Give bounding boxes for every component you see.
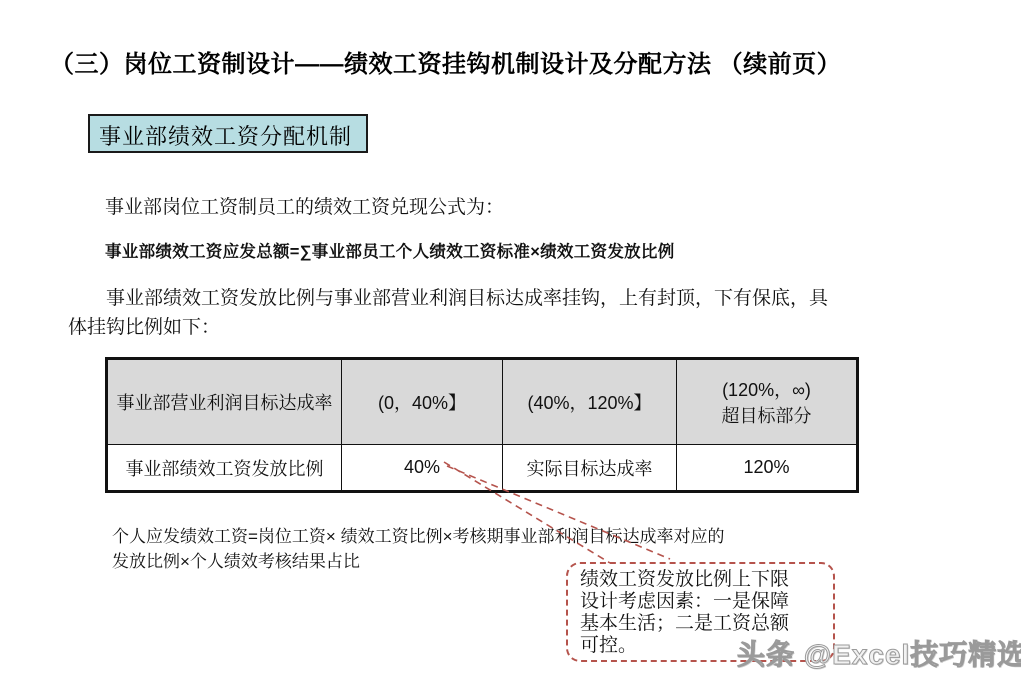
- watermark: 头条 @Excel技巧精选: [737, 633, 1021, 673]
- table-cell-payout-low: 40%: [342, 445, 503, 492]
- intro-text: 事业部岗位工资制员工的绩效工资兑现公式为：: [105, 192, 504, 219]
- linkage-note-text: 事业部绩效工资发放比例与事业部营业利润目标达成率挂钩，上有封顶，下有保底，具 体…: [68, 284, 983, 342]
- table-cell-payout-label: 事业部绩效工资发放比例: [107, 445, 342, 492]
- table-cell-payout-mid: 实际目标达成率: [503, 445, 677, 492]
- linkage-ratio-table: 事业部营业利润目标达成率 (0，40%】 (40%，120%】 (120%，∞)…: [105, 357, 859, 493]
- total-formula-text: 事业部绩效工资应发总额=∑事业部员工个人绩效工资标准×绩效工资发放比例: [105, 238, 675, 262]
- page-title: （三）岗位工资制设计——绩效工资挂钩机制设计及分配方法 （续前页）: [50, 44, 841, 79]
- table-header-achievement-rate: 事业部营业利润目标达成率: [107, 359, 342, 445]
- slide: （三）岗位工资制设计——绩效工资挂钩机制设计及分配方法 （续前页） 事业部绩效工…: [0, 0, 1021, 680]
- table-header-range-mid: (40%，120%】: [503, 359, 677, 445]
- table-header-row: 事业部营业利润目标达成率 (0，40%】 (40%，120%】 (120%，∞)…: [107, 359, 858, 445]
- section-label: 事业部绩效工资分配机制: [88, 114, 368, 153]
- table-header-range-low: (0，40%】: [342, 359, 503, 445]
- table-header-range-high: (120%，∞) 超目标部分: [677, 359, 858, 445]
- table-value-row: 事业部绩效工资发放比例 40% 实际目标达成率 120%: [107, 445, 858, 492]
- table-cell-payout-high: 120%: [677, 445, 858, 492]
